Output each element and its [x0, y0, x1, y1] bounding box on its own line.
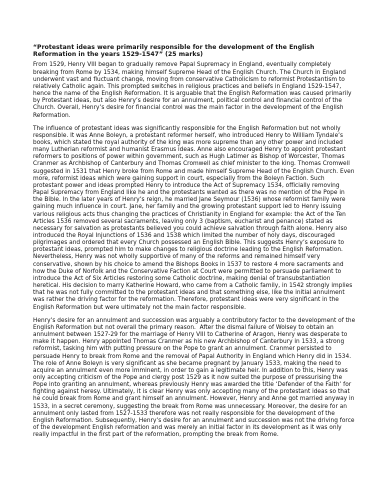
- document-page: “Protestant ideas were primarily respons…: [0, 0, 386, 500]
- essay-title: “Protestant ideas were primarily respons…: [33, 44, 356, 58]
- essay-paragraph-annulment: Henry’s desire for an annulment and succ…: [33, 318, 356, 440]
- essay-paragraph-protestant-ideas: The influence of protestant ideas was si…: [33, 126, 356, 312]
- essay-paragraph-intro: From 1529, Henry VIII began to gradually…: [33, 62, 356, 119]
